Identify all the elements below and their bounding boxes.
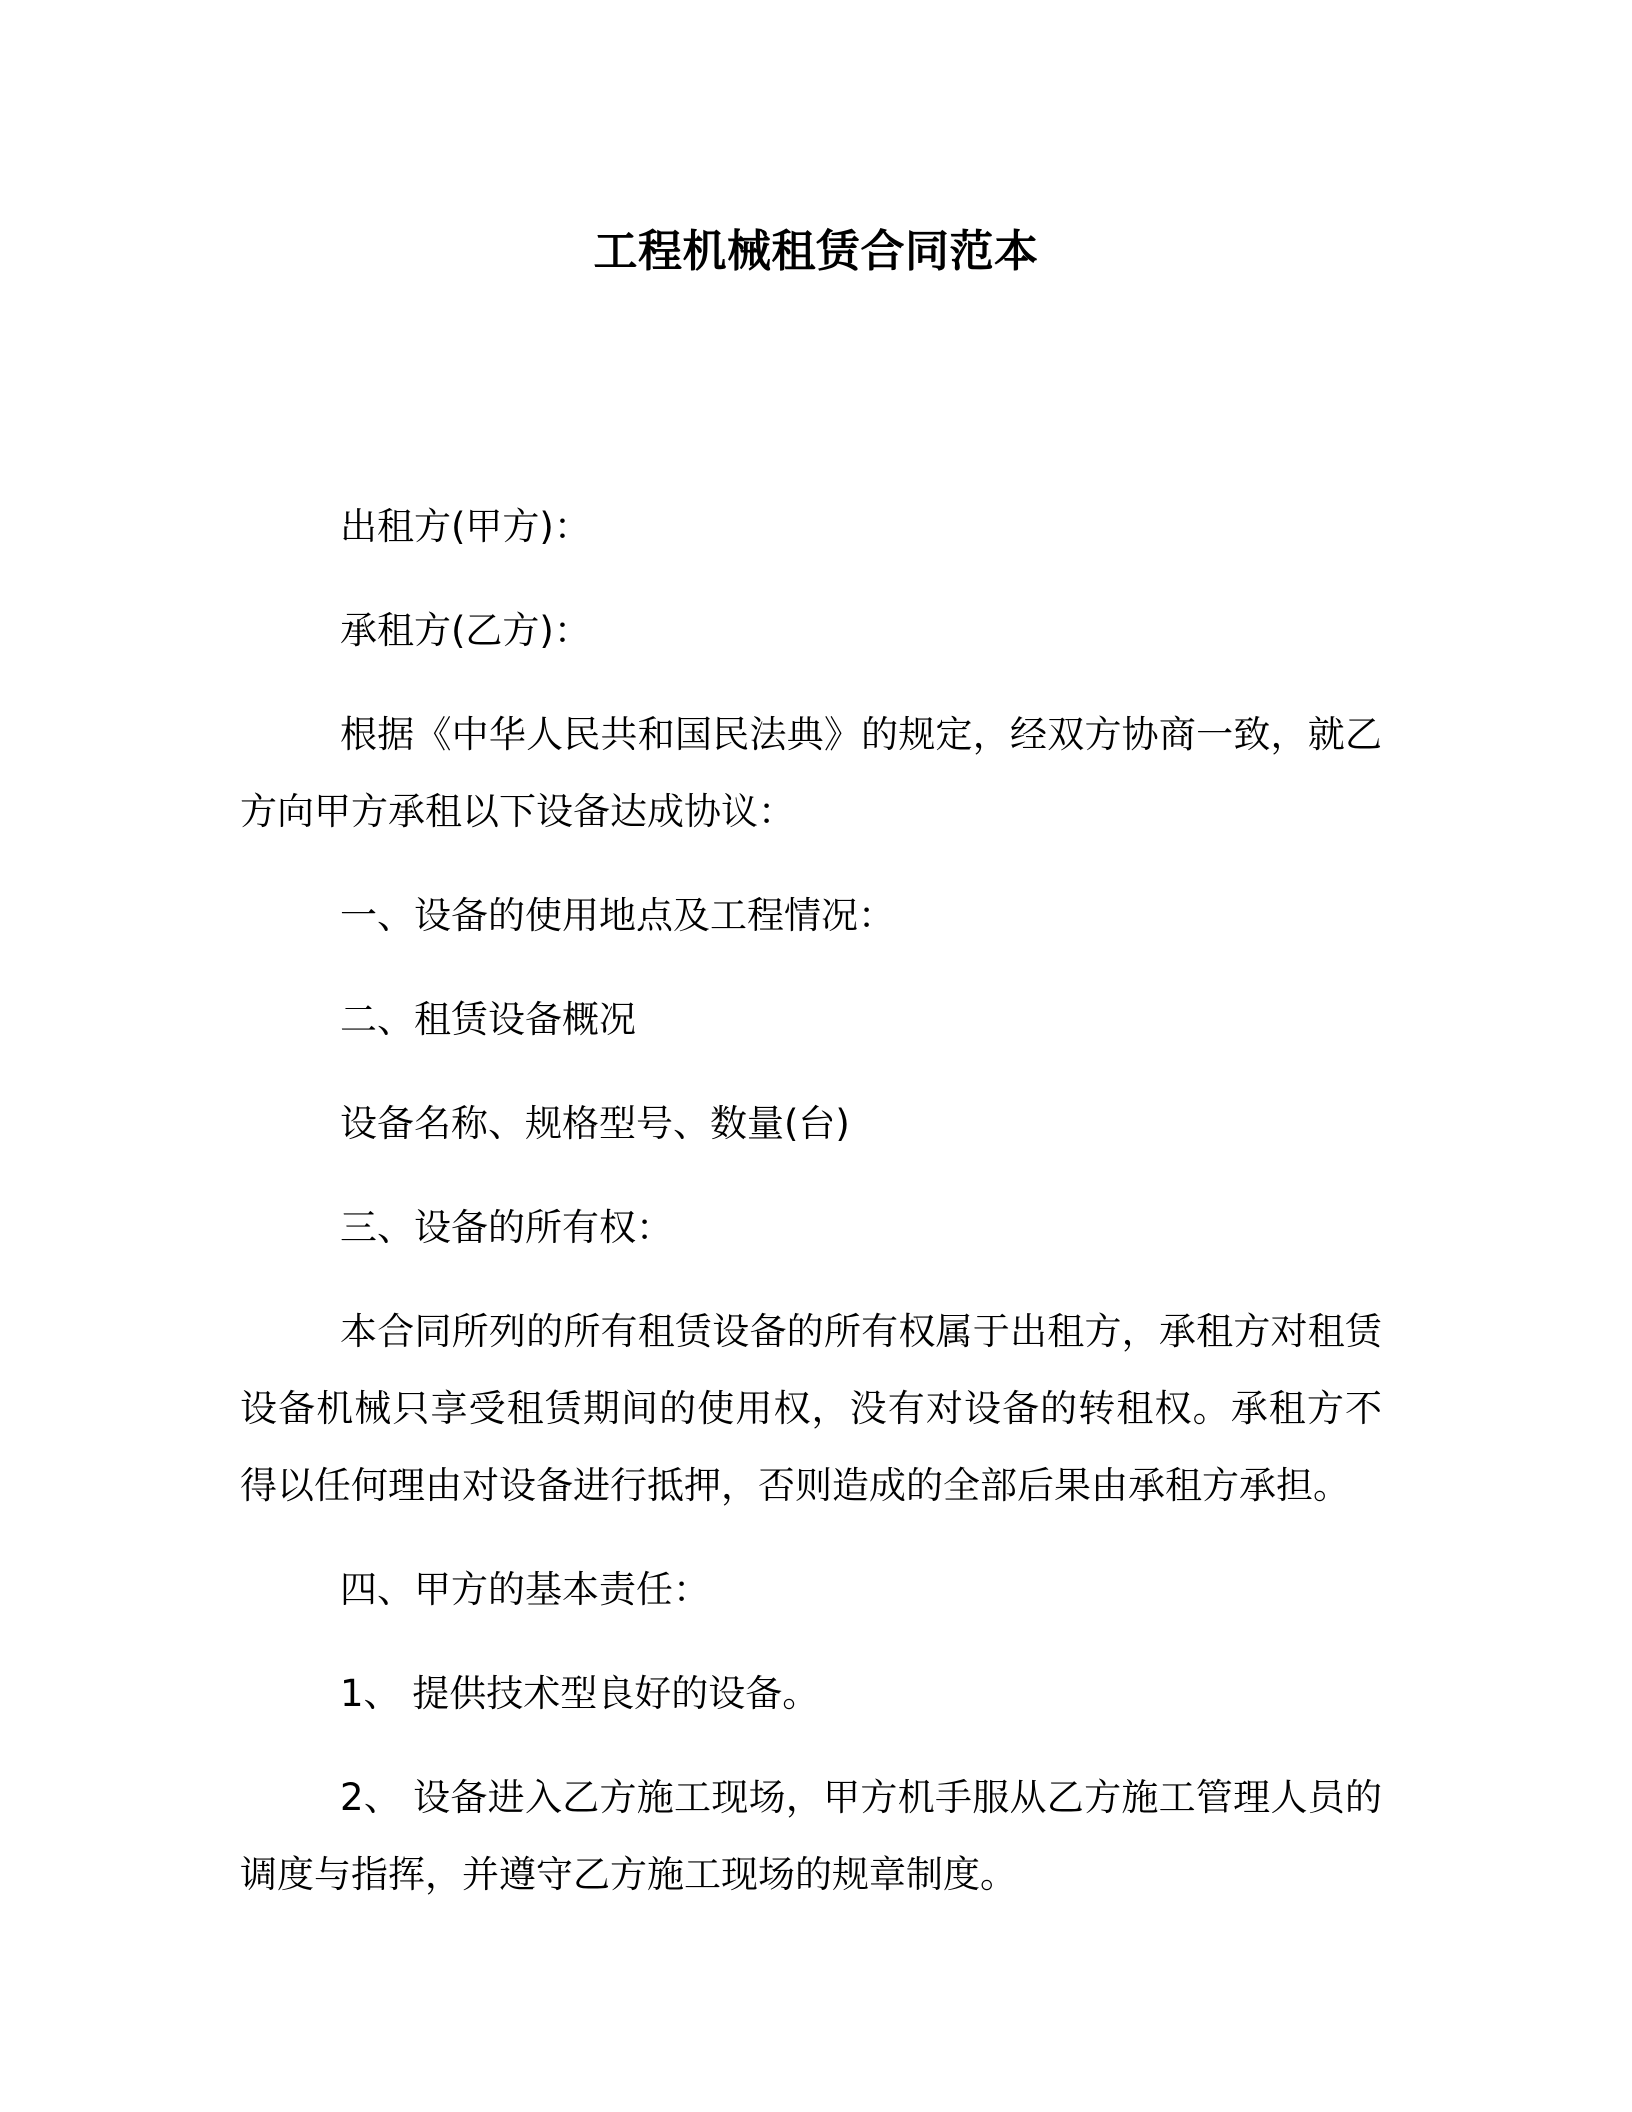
document-title: 工程机械租赁合同范本 bbox=[0, 222, 1632, 282]
section-heading-4: 四、甲方的基本责任： bbox=[240, 1551, 1382, 1628]
lessee-line: 承租方(乙方)： bbox=[240, 592, 1382, 669]
lessor-line: 出租方(甲方)： bbox=[240, 488, 1382, 565]
preamble-paragraph: 根据《中华人民共和国民法典》的规定，经双方协商一致，就乙方向甲方承租以下设备达成… bbox=[240, 696, 1382, 850]
document-page: 工程机械租赁合同范本 出租方(甲方)： 承租方(乙方)： 根据《中华人民共和国民… bbox=[0, 0, 1632, 2112]
ownership-clause-paragraph: 本合同所列的所有租赁设备的所有权属于出租方，承租方对租赁设备机械只享受租赁期间的… bbox=[240, 1293, 1382, 1524]
equipment-fields-line: 设备名称、规格型号、数量(台) bbox=[240, 1085, 1382, 1162]
duty-item-2: 2、 设备进入乙方施工现场，甲方机手服从乙方施工管理人员的调度与指挥，并遵守乙方… bbox=[240, 1759, 1382, 1913]
section-heading-3: 三、设备的所有权： bbox=[240, 1189, 1382, 1266]
section-heading-2: 二、租赁设备概况 bbox=[240, 981, 1382, 1058]
duty-item-1: 1、 提供技术型良好的设备。 bbox=[240, 1655, 1382, 1732]
document-body: 出租方(甲方)： 承租方(乙方)： 根据《中华人民共和国民法典》的规定，经双方协… bbox=[240, 488, 1382, 1940]
section-heading-1: 一、设备的使用地点及工程情况： bbox=[240, 877, 1382, 954]
